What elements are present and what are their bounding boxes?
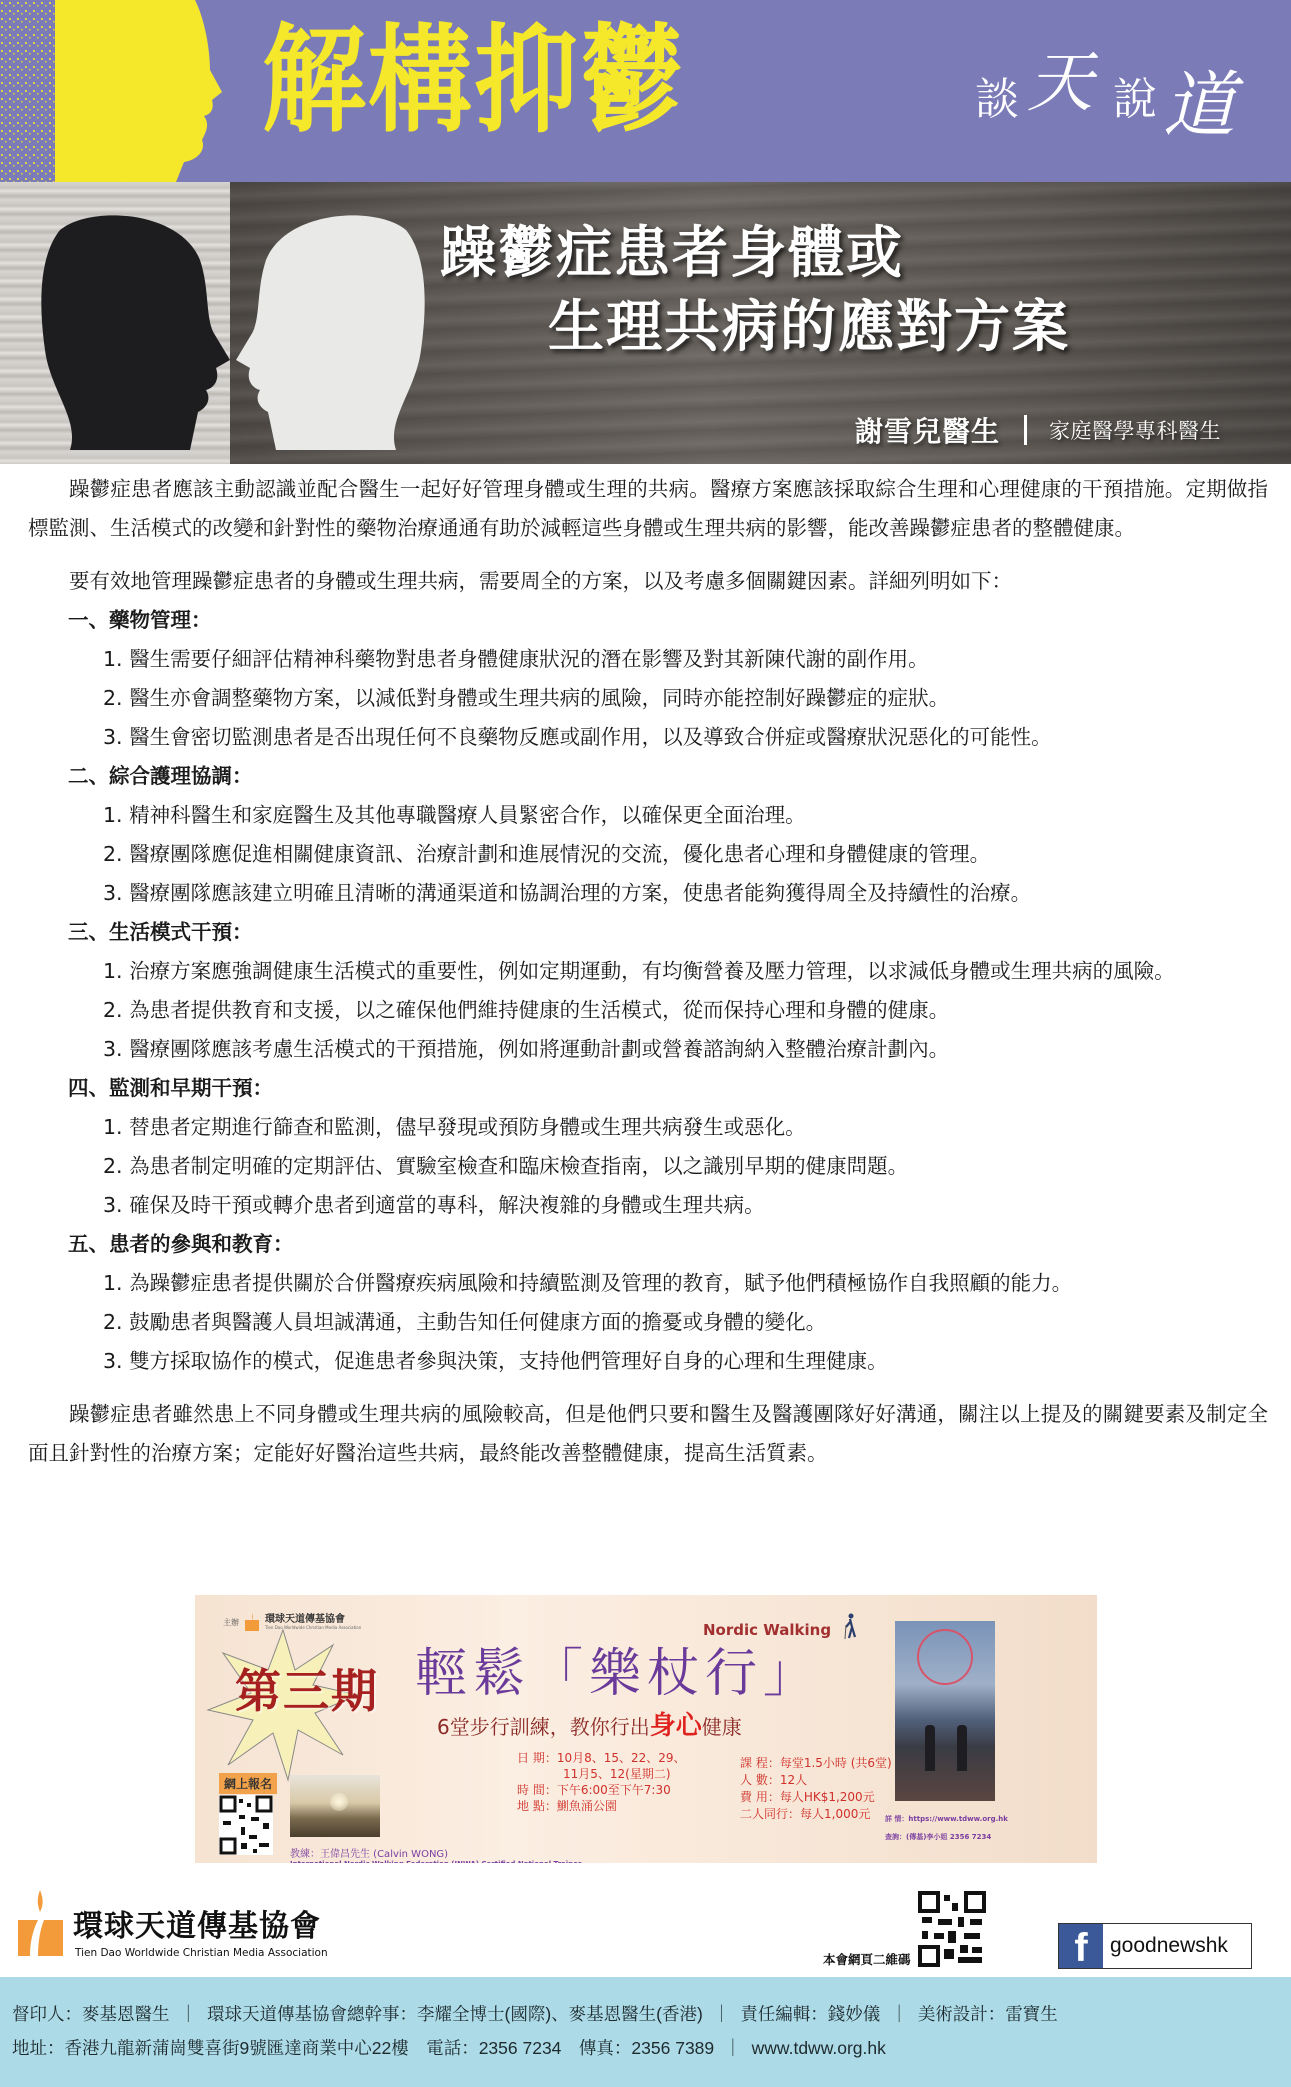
list-item: 2. 醫生亦會調整藥物方案，以減低對身體或生理共病的風險，同時亦能控制好躁鬱症的… xyxy=(103,679,1268,718)
art-designer: 美術設計：雷寶生 xyxy=(918,2004,1058,2024)
register-qr-code[interactable] xyxy=(219,1795,273,1855)
section-list: 1. 為躁鬱症患者提供關於合併醫療疾病風險和持續監測及管理的教育，賦予他們積極協… xyxy=(103,1264,1268,1381)
schedule-date: 11月5、12(星期二) xyxy=(517,1766,686,1782)
separator: ｜ xyxy=(713,2004,731,2024)
white-paper-head-icon xyxy=(236,210,436,450)
section-list: 1. 醫生需要仔細評估精神科藥物對患者身體健康狀況的潛在影響及對其新陳代謝的副作… xyxy=(103,640,1268,757)
section-patient-education: 五、患者的參與和教育： 1. 為躁鬱症患者提供關於合併醫療疾病風險和持續監測及管… xyxy=(28,1225,1268,1381)
section-number: 二、 xyxy=(68,757,109,796)
nordic-walking-promo[interactable]: 主辦 環球天道傳基協會 Tien Dao Worldwide Christian… xyxy=(195,1595,1097,1863)
separator: ｜ xyxy=(890,2004,908,2024)
section-title: 藥物管理： xyxy=(109,608,212,632)
author-role: 家庭醫學專科醫生 xyxy=(1049,415,1221,445)
organization-name: 環球天道傳基協會 xyxy=(73,1912,321,1942)
dark-paper-head-icon xyxy=(30,210,230,450)
article-body: 躁鬱症患者應該主動認識並配合醫生一起好好管理身體或生理的共病。醫療方案應該採取綜… xyxy=(28,470,1268,1473)
section-number: 五、 xyxy=(68,1225,109,1264)
section-heading: 二、綜合護理協調： xyxy=(68,757,1268,796)
list-item: 3. 雙方採取協作的模式，促進患者參與決策，支持他們管理好自身的心理和生理健康。 xyxy=(103,1342,1268,1381)
enquiry-contact: 查詢：(傳基)李小姐 2356 7234 xyxy=(885,1828,1008,1846)
walkers-photo xyxy=(290,1775,380,1837)
section-number: 四、 xyxy=(68,1069,109,1108)
organization-logo-icon xyxy=(18,1890,63,1956)
promo-title: 輕鬆「樂杖行」 xyxy=(415,1631,821,1706)
section-medication: 一、藥物管理： 1. 醫生需要仔細評估精神科藥物對患者身體健康狀況的潛在影響及對… xyxy=(28,601,1268,757)
subtitle-text: 健康 xyxy=(702,1715,742,1739)
organizer-name: 環球天道傳基協會 xyxy=(265,1615,361,1625)
intro-paragraph: 躁鬱症患者應該主動認識並配合醫生一起好好管理身體或生理的共病。醫療方案應該採取綜… xyxy=(28,470,1268,548)
section-title: 綜合護理協調： xyxy=(109,764,253,788)
series-title: 解構抑鬱 xyxy=(262,22,686,138)
list-item: 1. 治療方案應強調健康生活模式的重要性，例如定期運動，有均衡營養及壓力管理，以… xyxy=(103,952,1268,991)
general-secretary: 環球天道傳基協會總幹事：李耀全博士(國際)、麥基恩醫生(香港) xyxy=(207,2004,703,2024)
imprint-contact: 地址：香港九龍新蒲崗雙喜街9號匯達商業中心22樓 電話：2356 7234 傳真… xyxy=(12,2031,1291,2065)
online-register-label[interactable]: 網上報名 xyxy=(219,1773,277,1794)
list-item: 3. 醫療團隊應該建立明確且清晰的溝通渠道和協調治理的方案，使患者能夠獲得周全及… xyxy=(103,874,1268,913)
website-qr-label: 本會網頁二維碼 xyxy=(823,1950,911,1968)
brand-char: 天 xyxy=(1027,29,1093,124)
section-list: 1. 治療方案應強調健康生活模式的重要性，例如定期運動，有均衡營養及壓力管理，以… xyxy=(103,952,1268,1069)
section-list: 1. 替患者定期進行篩查和監測，儘早發現或預防身體或生理共病發生或惡化。 2. … xyxy=(103,1108,1268,1225)
list-item: 1. 醫生需要仔細評估精神科藥物對患者身體健康狀況的潛在影響及對其新陳代謝的副作… xyxy=(103,640,1268,679)
course-fee: 費 用：每人HK$1,200元 xyxy=(740,1789,892,1806)
section-heading: 一、藥物管理： xyxy=(68,601,1268,640)
section-title: 生活模式干預： xyxy=(109,920,253,944)
section-title: 患者的參與和教育： xyxy=(109,1232,294,1256)
section-title: 監測和早期干預： xyxy=(109,1076,273,1100)
section-number: 三、 xyxy=(68,913,109,952)
separator: ｜ xyxy=(724,2038,742,2058)
byline: 謝雪兒醫生 家庭醫學專科醫生 xyxy=(855,410,1221,450)
section-care-coordination: 二、綜合護理協調： 1. 精神科醫生和家庭醫生及其他專職醫療人員緊密合作，以確保… xyxy=(28,757,1268,913)
course-duration: 課 程：每堂1.5小時 (共6堂) xyxy=(740,1755,892,1772)
promo-contact: 詳 情：https://www.tdww.org.hk 查詢：(傳基)李小姐 2… xyxy=(885,1810,1008,1846)
ferris-wheel-photo xyxy=(895,1621,995,1801)
brand-char: 道 xyxy=(1163,47,1235,151)
dissolving-head-icon xyxy=(0,0,260,182)
separator: ｜ xyxy=(180,2004,198,2024)
list-item: 2. 鼓勵患者與醫護人員坦誠溝通，主動告知任何健康方面的擔憂或身體的變化。 xyxy=(103,1303,1268,1342)
organization-name-en: Tien Dao Worldwide Christian Media Assoc… xyxy=(75,1947,328,1959)
course-details: 課 程：每堂1.5小時 (共6堂) 人 數：12人 費 用：每人HK$1,200… xyxy=(740,1755,892,1823)
schedule-date: 日 期：10月8、15、22、29、 xyxy=(517,1750,686,1766)
schedule-venue: 地 點：鰂魚涌公園 xyxy=(517,1798,686,1814)
coach-name: 教練：王偉昌先生 (Calvin WONG) xyxy=(290,1845,581,1860)
course-capacity: 人 數：12人 xyxy=(740,1772,892,1789)
editor: 責任編輯：錢妙儀 xyxy=(740,2004,880,2024)
imprint-credits: 督印人：麥基恩醫生｜環球天道傳基協會總幹事：李耀全博士(國際)、麥基恩醫生(香港… xyxy=(12,1997,1291,2031)
brand-logo: 談 天 說 道 xyxy=(975,35,1275,150)
course-pair-fee: 二人同行：每人1,000元 xyxy=(740,1806,892,1823)
author-name: 謝雪兒醫生 xyxy=(855,410,1000,450)
details-link[interactable]: 詳 情：https://www.tdww.org.hk xyxy=(885,1810,1008,1828)
facebook-icon: f xyxy=(1059,1924,1103,1968)
schedule-time: 時 間：下午6:00至下午7:30 xyxy=(517,1782,686,1798)
list-item: 2. 為患者提供教育和支援，以之確保他們維持健康的生活模式，從而保持心理和身體的… xyxy=(103,991,1268,1030)
walker-icon xyxy=(843,1613,857,1639)
closing-paragraph: 躁鬱症患者雖然患上不同身體或生理共病的風險較高，但是他們只要和醫生及醫護團隊好好… xyxy=(28,1395,1268,1473)
section-heading: 三、生活模式干預： xyxy=(68,913,1268,952)
publisher: 督印人：麥基恩醫生 xyxy=(12,2004,170,2024)
hero-banner: 躁鬱症患者身體或 生理共病的應對方案 謝雪兒醫生 家庭醫學專科醫生 xyxy=(0,182,1291,464)
section-heading: 四、監測和早期干預： xyxy=(68,1069,1268,1108)
article-title-line-2: 生理共病的應對方案 xyxy=(548,300,1070,356)
brand-char: 說 xyxy=(1113,63,1157,127)
website-qr-code[interactable] xyxy=(918,1891,986,1967)
section-monitoring: 四、監測和早期干預： 1. 替患者定期進行篩查和監測，儘早發現或預防身體或生理共… xyxy=(28,1069,1268,1225)
subtitle-text: 6堂步行訓練，教你行出 xyxy=(437,1715,650,1739)
coach-credential: International Nordic Walking Federation … xyxy=(290,1860,581,1863)
section-heading: 五、患者的參與和教育： xyxy=(68,1225,1268,1264)
list-item: 3. 醫療團隊應該考慮生活模式的干預措施，例如將運動計劃或營養諮詢納入整體治療計… xyxy=(103,1030,1268,1069)
website-link[interactable]: www.tdww.org.hk xyxy=(752,2038,886,2058)
list-item: 1. 為躁鬱症患者提供關於合併醫療疾病風險和持續監測及管理的教育，賦予他們積極協… xyxy=(103,1264,1268,1303)
coach-info: 教練：王偉昌先生 (Calvin WONG) International Nor… xyxy=(290,1845,581,1863)
schedule-details: 日 期：10月8、15、22、29、 11月5、12(星期二) 時 間：下午6:… xyxy=(517,1750,686,1814)
facebook-link[interactable]: f goodnewshk xyxy=(1058,1923,1252,1969)
organization-footer: 環球天道傳基協會 Tien Dao Worldwide Christian Me… xyxy=(0,1875,1291,1965)
list-item: 2. 醫療團隊應促進相關健康資訊、治療計劃和進展情況的交流，優化患者心理和身體健… xyxy=(103,835,1268,874)
section-list: 1. 精神科醫生和家庭醫生及其他專職醫療人員緊密合作，以確保更全面治理。 2. … xyxy=(103,796,1268,913)
list-item: 3. 醫生會密切監測患者是否出現任何不良藥物反應或副作用，以及導致合併症或醫療狀… xyxy=(103,718,1268,757)
column-header: 解構抑鬱 談 天 說 道 xyxy=(0,0,1291,182)
section-lifestyle: 三、生活模式干預： 1. 治療方案應強調健康生活模式的重要性，例如定期運動，有均… xyxy=(28,913,1268,1069)
issue-label: 第三期 xyxy=(235,1655,379,1721)
address-phone-fax: 地址：香港九龍新蒲崗雙喜街9號匯達商業中心22樓 電話：2356 7234 傳真… xyxy=(12,2038,714,2058)
subtitle-highlight: 身心 xyxy=(650,1711,702,1741)
section-number: 一、 xyxy=(68,601,109,640)
article-title-line-1: 躁鬱症患者身體或 xyxy=(440,226,904,282)
imprint-bar: 督印人：麥基恩醫生｜環球天道傳基協會總幹事：李耀全博士(國際)、麥基恩醫生(香港… xyxy=(0,1977,1291,2087)
list-item: 3. 確保及時干預或轉介患者到適當的專科，解決複雜的身體或生理共病。 xyxy=(103,1186,1268,1225)
list-item: 1. 精神科醫生和家庭醫生及其他專職醫療人員緊密合作，以確保更全面治理。 xyxy=(103,796,1268,835)
promo-subtitle: 6堂步行訓練，教你行出身心健康 xyxy=(437,1705,742,1742)
byline-divider xyxy=(1024,415,1027,445)
list-item: 2. 為患者制定明確的定期評估、實驗室檢查和臨床檢查指南，以之識別早期的健康問題… xyxy=(103,1147,1268,1186)
brand-char: 談 xyxy=(975,63,1019,127)
lead-paragraph: 要有效地管理躁鬱症患者的身體或生理共病，需要周全的方案，以及考慮多個關鍵因素。詳… xyxy=(28,562,1268,601)
list-item: 1. 替患者定期進行篩查和監測，儘早發現或預防身體或生理共病發生或惡化。 xyxy=(103,1108,1268,1147)
facebook-handle: goodnewshk xyxy=(1103,1924,1251,1968)
